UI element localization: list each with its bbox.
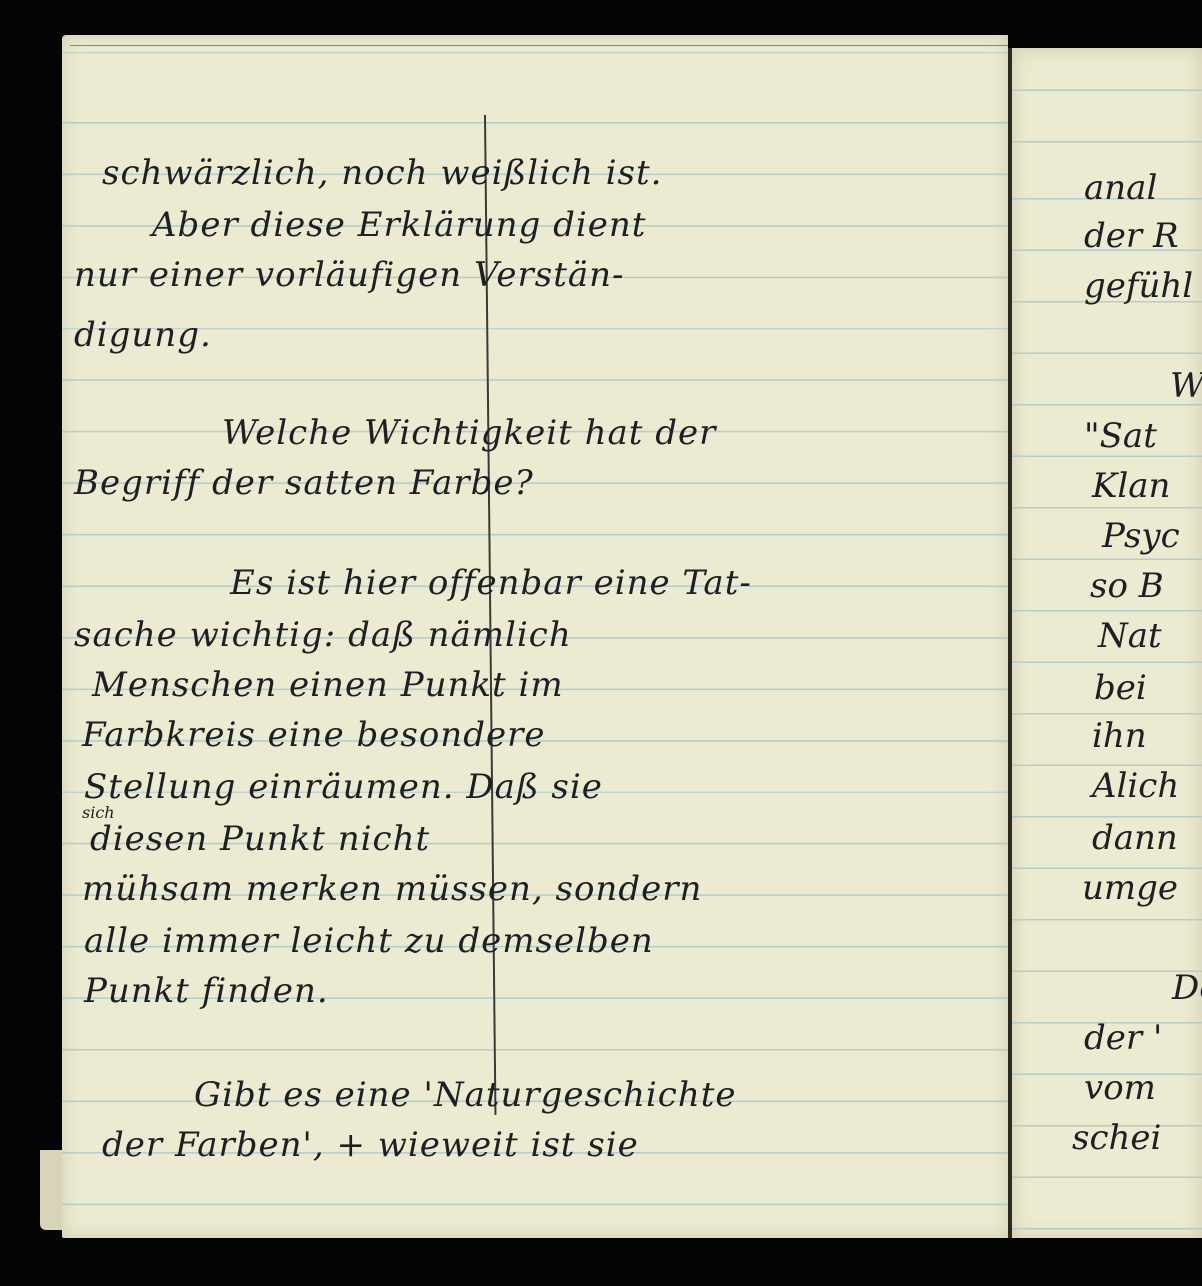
text-line-6: Begriff der satten Farbe? xyxy=(74,463,534,503)
right-line-3: gefühl xyxy=(1084,266,1193,306)
right-line-6: Klan xyxy=(1092,466,1170,506)
text-line-8: sache wichtig: daß nämlich xyxy=(74,615,572,655)
right-page-text-clip: anal der R gefühl W "Sat Klan Psyc so B … xyxy=(1012,48,1202,1238)
text-line-11: Stellung einräumen. Daß sie xyxy=(84,767,603,807)
right-line-17: vom xyxy=(1084,1068,1156,1108)
right-line-11: ihn xyxy=(1092,716,1147,756)
right-line-13: dann xyxy=(1092,818,1178,858)
right-line-4: W xyxy=(1170,366,1202,406)
right-line-2: der R xyxy=(1084,216,1179,256)
left-page: schwärzlich, noch weißlich ist. Aber die… xyxy=(62,35,1008,1238)
right-line-5: "Sat xyxy=(1084,416,1157,456)
text-line-5: Welche Wichtigkeit hat der xyxy=(222,413,716,453)
text-line-15: Punkt finden. xyxy=(84,971,329,1011)
right-line-15: De xyxy=(1172,968,1202,1008)
text-line-16: Gibt es eine 'Naturgeschichte xyxy=(194,1075,737,1115)
text-line-13: mühsam merken müssen, sondern xyxy=(82,869,702,909)
text-line-3: nur einer vorläufigen Verstän- xyxy=(74,255,625,295)
text-line-4: digung. xyxy=(74,315,212,355)
text-line-7: Es ist hier offenbar eine Tat- xyxy=(230,563,752,603)
text-line-10: Farbkreis eine besondere xyxy=(82,715,545,755)
right-line-14: umge xyxy=(1082,868,1178,908)
question-text: Welche Wichtigkeit hat der xyxy=(222,413,716,453)
right-line-1: anal xyxy=(1084,168,1157,208)
right-line-7: Psyc xyxy=(1102,516,1180,556)
right-line-8: so B xyxy=(1090,566,1164,606)
text-line-17: der Farben', + wieweit ist sie xyxy=(102,1125,639,1165)
right-line-16: der ' xyxy=(1084,1018,1162,1058)
text-line-14: alle immer leicht zu demselben xyxy=(84,921,654,961)
right-line-10: bei xyxy=(1094,668,1147,708)
text-line-1: schwärzlich, noch weißlich ist. xyxy=(102,153,662,193)
text-line-2: Aber diese Erklärung dient xyxy=(152,205,646,245)
page-edge-stack xyxy=(40,1150,64,1230)
right-line-9: Nat xyxy=(1098,616,1162,656)
right-line-12: Alich xyxy=(1092,766,1179,806)
text-line-12: diesen Punkt nicht xyxy=(90,819,430,859)
text-line-9: Menschen einen Punkt im xyxy=(92,665,564,705)
top-rule xyxy=(70,45,1008,46)
right-line-18: schei xyxy=(1072,1118,1161,1158)
